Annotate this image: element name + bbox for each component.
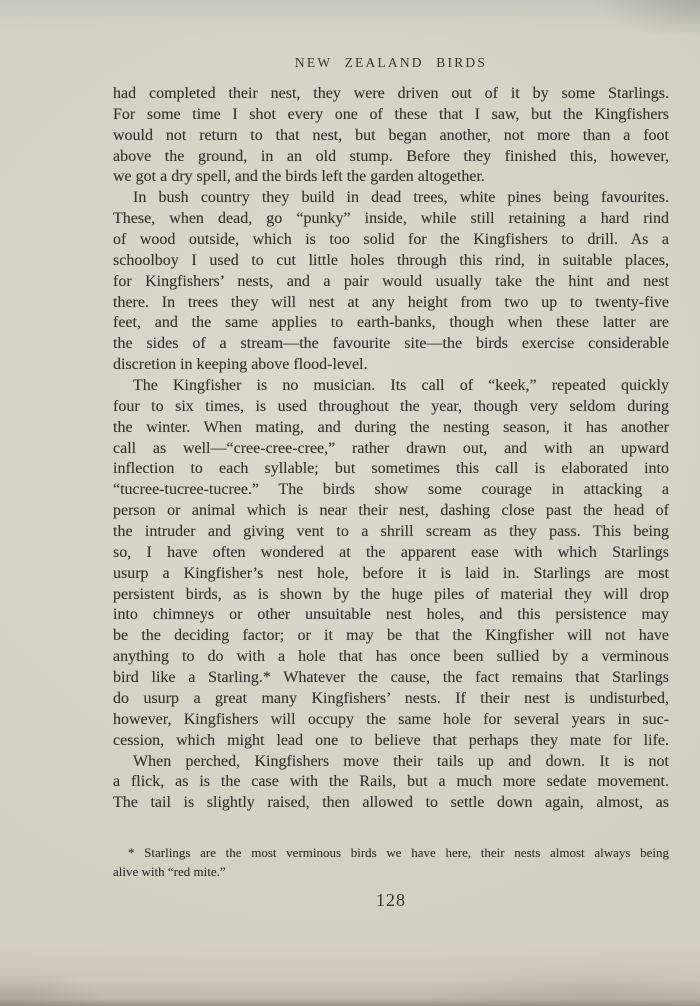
footnote: * Starlings are the most verminous birds… [113, 843, 669, 881]
text-line: a flick, as is the case with the Rails, … [113, 772, 669, 793]
text-line: alive with “red mite.” [113, 862, 669, 881]
text-line: anything to do with a hole that has once… [113, 647, 669, 668]
text-line: be the deciding factor; or it may be tha… [113, 626, 669, 647]
text-line: inflection to each syllable; but sometim… [113, 459, 669, 480]
text-line: cession, which might lead one to believe… [113, 731, 669, 752]
text-line: usurp a Kingfisher’s nest hole, before i… [113, 564, 669, 585]
text-line: do usurp a great many Kingfishers’ nests… [113, 689, 669, 710]
text-line: the intruder and giving vent to a shrill… [113, 522, 669, 543]
text-column: NEW ZEALAND BIRDS had completed their ne… [113, 0, 669, 1006]
running-head: NEW ZEALAND BIRDS [113, 55, 669, 71]
text-line: bird like a Starling.* Whatever the caus… [113, 668, 669, 689]
text-line: The tail is slightly raised, then allowe… [113, 793, 669, 814]
text-line: four to six times, is used throughout th… [113, 397, 669, 418]
text-line: These, when dead, go “punky” inside, whi… [113, 209, 669, 230]
text-line: above the ground, in an old stump. Befor… [113, 147, 669, 168]
book-page: NEW ZEALAND BIRDS had completed their ne… [0, 0, 700, 1006]
text-line: call as well—“cree-cree-cree,” rather dr… [113, 439, 669, 460]
body-text: had completed their nest, they were driv… [113, 84, 669, 814]
text-line: however, Kingfishers will occupy the sam… [113, 710, 669, 731]
text-line: discretion in keeping above flood-level. [113, 355, 669, 376]
text-line: the sides of a stream—the favourite site… [113, 334, 669, 355]
text-line: “tucree-tucree-tucree.” The birds show s… [113, 480, 669, 501]
text-line: schoolboy I used to cut little holes thr… [113, 251, 669, 272]
text-line: persistent birds, as is shown by the hug… [113, 585, 669, 606]
text-line: would not return to that nest, but began… [113, 126, 669, 147]
text-line: In bush country they build in dead trees… [113, 188, 669, 209]
text-line: the winter. When mating, and during the … [113, 418, 669, 439]
text-line: for Kingfishers’ nests, and a pair would… [113, 272, 669, 293]
text-line: When perched, Kingfishers move their tai… [113, 752, 669, 773]
text-line: The Kingfisher is no musician. Its call … [113, 376, 669, 397]
page-number: 128 [113, 890, 669, 911]
text-line: there. In trees they will nest at any he… [113, 293, 669, 314]
text-line: so, I have often wondered at the apparen… [113, 543, 669, 564]
text-line: * Starlings are the most verminous birds… [113, 843, 669, 862]
text-line: had completed their nest, they were driv… [113, 84, 669, 105]
text-line: into chimneys or other unsuitable nest h… [113, 605, 669, 626]
text-line: person or animal which is near their nes… [113, 501, 669, 522]
text-line: we got a dry spell, and the birds left t… [113, 167, 669, 188]
text-line: For some time I shot every one of these … [113, 105, 669, 126]
text-line: feet, and the same applies to earth-bank… [113, 313, 669, 334]
text-line: of wood outside, which is too solid for … [113, 230, 669, 251]
